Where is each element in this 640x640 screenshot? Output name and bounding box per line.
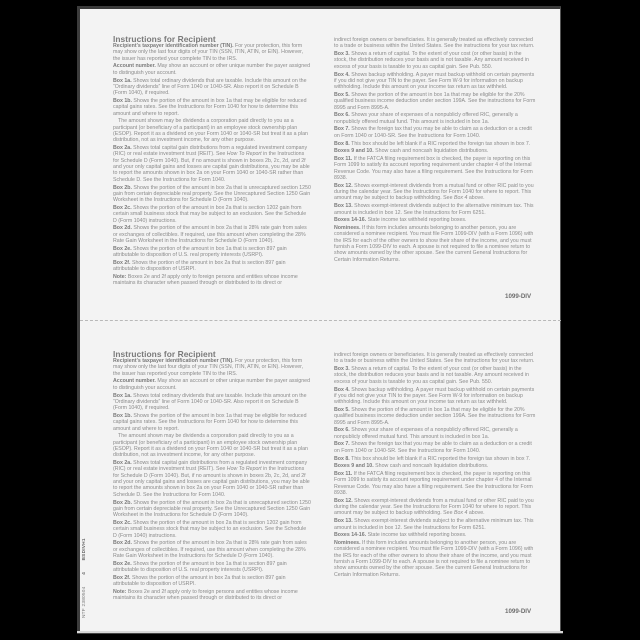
instruction-text: Shows the portion of the amount in box 2…	[113, 500, 311, 519]
instruction-text: Shows backup withholding. A payer must b…	[334, 72, 534, 91]
instruction-text: Shows the portion of the amount in box 2…	[113, 260, 286, 272]
instruction-paragraph: Box 1b. Shows the portion of the amount …	[113, 98, 311, 117]
instruction-text: If this form includes amounts belonging …	[334, 225, 533, 263]
instruction-lead: Box 2c.	[113, 520, 132, 526]
vertical-code-prefix: NTF 2380504	[82, 586, 87, 618]
instruction-paragraph: indirect foreign owners or beneficiaries…	[334, 352, 536, 365]
vertical-code-number: 4	[82, 572, 87, 575]
instruction-paragraph: Box 5. Shows the portion of the amount i…	[334, 92, 536, 111]
instruction-reference: How To Report	[227, 151, 262, 157]
instruction-lead: Box 2e.	[113, 561, 132, 567]
instruction-paragraph: Boxes 14-16. State income tax withheld r…	[334, 217, 536, 223]
instruction-paragraph: Box 6. Shows your share of expenses of a…	[334, 427, 536, 440]
instruction-lead: Account number.	[113, 378, 156, 384]
instruction-paragraph: Box 2b. Shows the portion of the amount …	[113, 500, 311, 519]
instruction-text: Shows total ordinary dividends that are …	[113, 393, 307, 412]
instruction-text: This box should be left blank if a RIC r…	[350, 456, 531, 462]
instruction-paragraph: Box 12. Shows exempt-interest dividends …	[334, 498, 536, 517]
instruction-paragraph: Box 2f. Shows the portion of the amount …	[113, 260, 311, 273]
instruction-text: If the FATCA filing requirement box is c…	[334, 471, 533, 496]
instruction-paragraph: Box 13. Shows exempt-interest dividends …	[334, 203, 536, 216]
instruction-text: Shows the foreign tax that you may be ab…	[334, 126, 532, 138]
instruction-text: Shows your share of expenses of a nonpub…	[334, 112, 518, 124]
instruction-paragraph: Account number. May show an account or o…	[113, 378, 311, 391]
instruction-paragraph: Boxes 9 and 10. Show cash and noncash li…	[334, 463, 536, 469]
instruction-paragraph: Account number. May show an account or o…	[113, 63, 311, 76]
instruction-paragraph: Box 1a. Shows total ordinary dividends t…	[113, 78, 311, 97]
instruction-paragraph: Nominees. If this form includes amounts …	[334, 540, 536, 578]
instruction-text: Boxes 2e and 2f apply only to foreign pe…	[113, 589, 298, 601]
instruction-paragraph: Box 2e. Shows the portion of the amount …	[113, 246, 311, 259]
instruction-paragraph: Recipient's taxpayer identification numb…	[113, 358, 311, 377]
instruction-lead: Box 2e.	[113, 246, 132, 252]
instruction-paragraph: Box 2a. Shows total capital gain distrib…	[113, 460, 311, 498]
form-id-label: 1099-DIV	[505, 293, 531, 300]
instruction-lead: Recipient's taxpayer identification numb…	[113, 358, 234, 364]
instruction-paragraph: Box 11. If the FATCA filing requirement …	[334, 471, 536, 496]
instruction-paragraph: Box 7. Shows the foreign tax that you ma…	[334, 126, 536, 139]
instruction-lead: Box 7.	[334, 441, 350, 447]
instruction-lead: Box 2f.	[113, 575, 131, 581]
instruction-lead: Boxes 9 and 10.	[334, 463, 374, 469]
instruction-paragraph: Boxes 9 and 10. Show cash and noncash li…	[334, 148, 536, 154]
instruction-lead: Box 5.	[334, 92, 350, 98]
instruction-text: Shows a return of capital. To the extent…	[334, 366, 529, 385]
instruction-text: The amount shown may be dividends a corp…	[113, 433, 308, 458]
instruction-paragraph: Box 2c. Shows the portion of the amount …	[113, 205, 311, 224]
instruction-lead: Box 2d.	[113, 540, 132, 546]
instruction-text: Shows the portion of the amount in box 1…	[334, 92, 535, 111]
instruction-paragraph: Box 7. Shows the foreign tax that you ma…	[334, 441, 536, 454]
instruction-paragraph: Note: Boxes 2e and 2f apply only to fore…	[113, 274, 311, 287]
instruction-paragraph: Box 11. If the FATCA filing requirement …	[334, 156, 536, 181]
instruction-lead: Box 2d.	[113, 225, 132, 231]
instruction-lead: Box 4.	[334, 72, 350, 78]
instruction-lead: Box 1a.	[113, 393, 132, 399]
instruction-lead: Box 1b.	[113, 413, 132, 419]
instruction-text: Shows total ordinary dividends that are …	[113, 78, 307, 97]
instruction-paragraph: Box 2c. Shows the portion of the amount …	[113, 520, 311, 539]
instruction-lead: Box 6.	[334, 427, 350, 433]
instruction-lead: Recipient's taxpayer identification numb…	[113, 43, 234, 49]
instruction-text: If this form includes amounts belonging …	[334, 540, 533, 578]
instruction-lead: Boxes 9 and 10.	[334, 148, 374, 154]
instruction-lead: Box 3.	[334, 366, 350, 372]
instruction-text: Shows backup withholding. A payer must b…	[334, 387, 534, 406]
instruction-paragraph: Recipient's taxpayer identification numb…	[113, 43, 311, 62]
left-column: Recipient's taxpayer identification numb…	[113, 358, 311, 603]
instruction-paragraph: Nominees. If this form includes amounts …	[334, 225, 536, 263]
instruction-text: Shows the portion of the amount in box 1…	[334, 407, 535, 426]
instruction-text: Shows the portion of the amount in box 2…	[113, 540, 307, 559]
instruction-text: Boxes 2e and 2f apply only to foreign pe…	[113, 274, 298, 286]
instruction-lead: Nominees.	[334, 225, 361, 231]
instruction-lead: Note:	[113, 589, 126, 595]
instruction-lead: Box 6.	[334, 112, 350, 118]
instruction-lead: Box 7.	[334, 126, 350, 132]
instruction-text: Show cash and noncash liquidation distri…	[374, 148, 489, 154]
instruction-lead: Box 12.	[334, 498, 353, 504]
instruction-lead: Box 2a.	[113, 145, 132, 151]
instruction-lead: Box 5.	[334, 407, 350, 413]
instruction-text: Shows the portion of the amount in box 1…	[113, 413, 307, 432]
left-column: Recipient's taxpayer identification numb…	[113, 43, 311, 288]
instruction-lead: Box 13.	[334, 518, 353, 524]
instruction-paragraph: Box 2e. Shows the portion of the amount …	[113, 561, 311, 574]
instruction-text: Shows the foreign tax that you may be ab…	[334, 441, 532, 453]
sheet-bottom-edge	[77, 631, 563, 634]
instruction-lead: Box 2c.	[113, 205, 132, 211]
instruction-text: This box should be left blank if a RIC r…	[350, 141, 531, 147]
instruction-lead: Box 3.	[334, 51, 350, 57]
instruction-text: If the FATCA filing requirement box is c…	[334, 156, 533, 181]
instruction-paragraph: Note: Boxes 2e and 2f apply only to fore…	[113, 589, 311, 602]
instruction-text: Shows the portion of the amount in box 1…	[113, 246, 287, 258]
instruction-lead: Boxes 14-16.	[334, 532, 366, 538]
right-column: indirect foreign owners or beneficiaries…	[334, 352, 536, 579]
instruction-text: above.	[467, 195, 484, 201]
instruction-text: indirect foreign owners or beneficiaries…	[334, 352, 534, 364]
instruction-text: Shows exempt-interest dividends from a m…	[334, 498, 534, 517]
instructions-copy-top: Instructions for Recipient Recipient's t…	[0, 0, 640, 315]
instruction-lead: Box 4.	[334, 387, 350, 393]
instruction-text: Shows the portion of the amount in box 2…	[113, 185, 311, 204]
instruction-paragraph: The amount shown may be dividends a corp…	[113, 433, 311, 458]
instruction-text: Shows exempt-interest dividends from a m…	[334, 183, 534, 202]
instruction-reference: Box 4	[454, 510, 467, 516]
instruction-text: Shows your share of expenses of a nonpub…	[334, 427, 518, 439]
right-column: indirect foreign owners or beneficiaries…	[334, 37, 536, 264]
instruction-reference: How To Report	[227, 466, 262, 472]
instruction-lead: Box 2a.	[113, 460, 132, 466]
instruction-lead: Box 13.	[334, 203, 353, 209]
form-id-label: 1099-DIV	[505, 608, 531, 615]
instruction-paragraph: Box 8. This box should be left blank if …	[334, 141, 536, 147]
instruction-paragraph: Box 3. Shows a return of capital. To the…	[334, 51, 536, 70]
instruction-text: Show cash and noncash liquidation distri…	[374, 463, 489, 469]
instruction-paragraph: Box 3. Shows a return of capital. To the…	[334, 366, 536, 385]
instruction-paragraph: Box 13. Shows exempt-interest dividends …	[334, 518, 536, 531]
instruction-text: Shows the portion of the amount in box 1…	[113, 561, 287, 573]
instruction-lead: Box 2f.	[113, 260, 131, 266]
instruction-lead: Box 11.	[334, 471, 352, 477]
instruction-paragraph: Boxes 14-16. State income tax withheld r…	[334, 532, 536, 538]
instruction-lead: Box 8.	[334, 456, 350, 462]
instruction-paragraph: Box 4. Shows backup withholding. A payer…	[334, 72, 536, 91]
instruction-lead: Box 2b.	[113, 500, 132, 506]
instruction-text: State income tax withheld reporting boxe…	[366, 217, 466, 223]
instruction-paragraph: Box 4. Shows backup withholding. A payer…	[334, 387, 536, 406]
instruction-text: Shows the portion of the amount in box 2…	[113, 520, 306, 539]
instruction-paragraph: Box 2f. Shows the portion of the amount …	[113, 575, 311, 588]
instruction-paragraph: Box 1b. Shows the portion of the amount …	[113, 413, 311, 432]
instruction-text: Shows exempt-interest dividends subject …	[334, 203, 534, 215]
vertical-code-id: BSDIVH1	[82, 538, 87, 560]
instruction-lead: Box 1a.	[113, 78, 132, 84]
instruction-paragraph: The amount shown may be dividends a corp…	[113, 118, 311, 143]
instruction-paragraph: Box 5. Shows the portion of the amount i…	[334, 407, 536, 426]
vertical-form-code: NTF 2380504 4 BSDIVH1	[82, 528, 87, 618]
instruction-text: Shows exempt-interest dividends subject …	[334, 518, 534, 530]
instruction-text: Shows the portion of the amount in box 2…	[113, 225, 307, 244]
instruction-paragraph: Box 2d. Shows the portion of the amount …	[113, 540, 311, 559]
instruction-lead: Boxes 14-16.	[334, 217, 366, 223]
instruction-lead: Box 2b.	[113, 185, 132, 191]
instruction-lead: Box 8.	[334, 141, 350, 147]
instructions-copy-bottom: Instructions for Recipient Recipient's t…	[0, 315, 640, 630]
instruction-paragraph: Box 6. Shows your share of expenses of a…	[334, 112, 536, 125]
instruction-lead: Note:	[113, 274, 126, 280]
instruction-lead: Account number.	[113, 63, 156, 69]
instruction-reference: Box 4	[454, 195, 467, 201]
instruction-lead: Box 11.	[334, 156, 352, 162]
instruction-paragraph: Box 2d. Shows the portion of the amount …	[113, 225, 311, 244]
instruction-paragraph: Box 12. Shows exempt-interest dividends …	[334, 183, 536, 202]
instruction-text: Shows the portion of the amount in box 2…	[113, 575, 286, 587]
instruction-paragraph: Box 8. This box should be left blank if …	[334, 456, 536, 462]
instruction-paragraph: Box 2a. Shows total capital gain distrib…	[113, 145, 311, 183]
instruction-text: Shows the portion of the amount in box 1…	[113, 98, 307, 117]
instruction-text: Shows a return of capital. To the extent…	[334, 51, 529, 70]
instruction-lead: Nominees.	[334, 540, 361, 546]
instruction-paragraph: Box 2b. Shows the portion of the amount …	[113, 185, 311, 204]
instruction-lead: Box 1b.	[113, 98, 132, 104]
instruction-paragraph: Box 1a. Shows total ordinary dividends t…	[113, 393, 311, 412]
instruction-text: above.	[467, 510, 484, 516]
instruction-text: indirect foreign owners or beneficiaries…	[334, 37, 534, 49]
instruction-text: Shows the portion of the amount in box 2…	[113, 205, 306, 224]
instruction-lead: Box 12.	[334, 183, 353, 189]
instruction-text: State income tax withheld reporting boxe…	[366, 532, 466, 538]
instruction-text: The amount shown may be dividends a corp…	[113, 118, 308, 143]
instruction-paragraph: indirect foreign owners or beneficiaries…	[334, 37, 536, 50]
